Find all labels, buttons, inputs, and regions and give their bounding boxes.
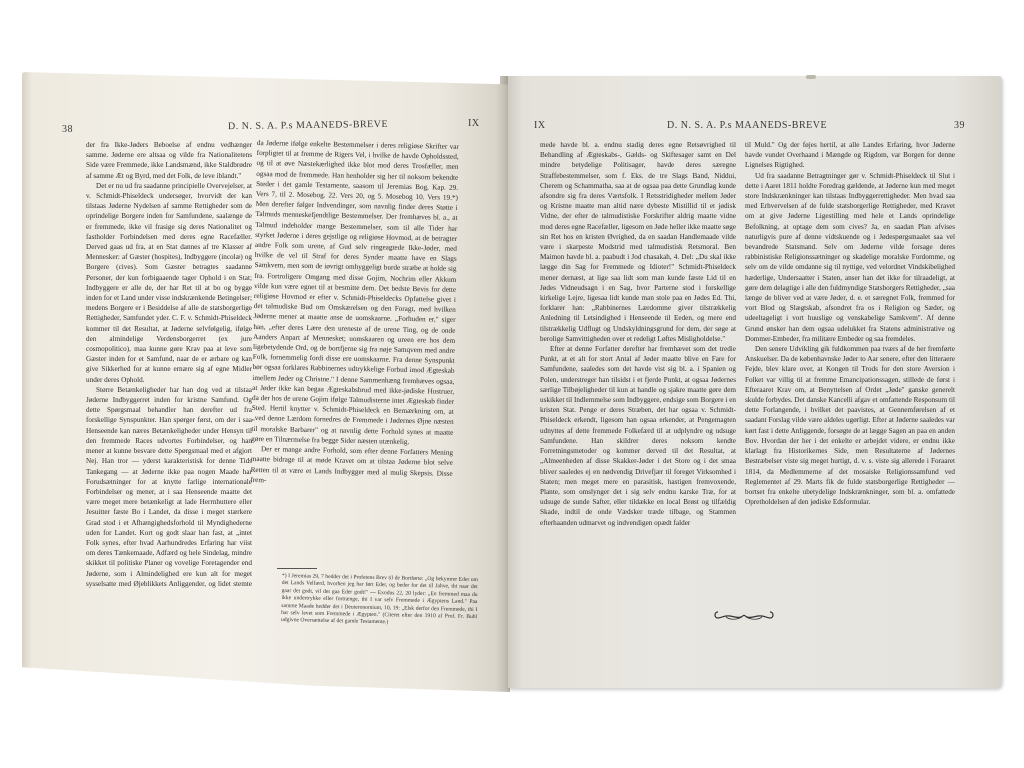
paragraph: Efter at denne Forfatter derefter har fr… [540,344,736,528]
right-page-number: 39 [954,120,965,131]
paragraph: Større Betænkeligheder har han dog ved a… [86,385,252,590]
page-wear-mark [806,75,816,79]
right-running-head: D. N. S. A. P.s MAANEDS-BREVE [667,120,827,131]
left-issue-numeral: IX [468,118,480,129]
right-page-column-1: mede havde bl. a. endnu stadig deres egn… [540,140,736,598]
paragraph: Der er mange andre Forhold, som efter de… [250,444,453,489]
left-page-column-2: da Jøderne ifølge enkelte Bestemmelser i… [249,138,459,570]
right-issue-numeral: IX [534,120,546,131]
left-page-number: 38 [62,124,73,135]
paragraph: Det er nu ud fra saadanne principielle O… [86,181,252,385]
footnote: *) I Jeremias 29, 7 hedder det i Profete… [281,573,478,635]
paragraph: mede havde bl. a. endnu stadig deres egn… [540,140,736,344]
paragraph: til Muld." Og der føjes hertil, at alle … [745,140,955,171]
paragraph: Ud fra saadanne Betragtninger gør v. Sch… [745,171,955,344]
scroll-ornament-icon [712,606,776,624]
left-running-head: D. N. S. A. P.s MAANEDS-BREVE [228,119,388,132]
right-page-column-2: til Muld." Og der føjes hertil, at alle … [745,140,955,598]
paragraph: da Jøderne ifølge enkelte Bestemmelser i… [251,138,459,448]
page-wear-mark [290,71,300,75]
paragraph: der fra Ikke-Jøders Beboelse af endnu ve… [86,140,252,181]
left-page-column-1: der fra Ikke-Jøders Beboelse af endnu ve… [86,140,252,590]
footnote-rule [277,568,317,569]
paragraph: Den senere Udvikling gik fuldkommen paa … [745,344,955,507]
